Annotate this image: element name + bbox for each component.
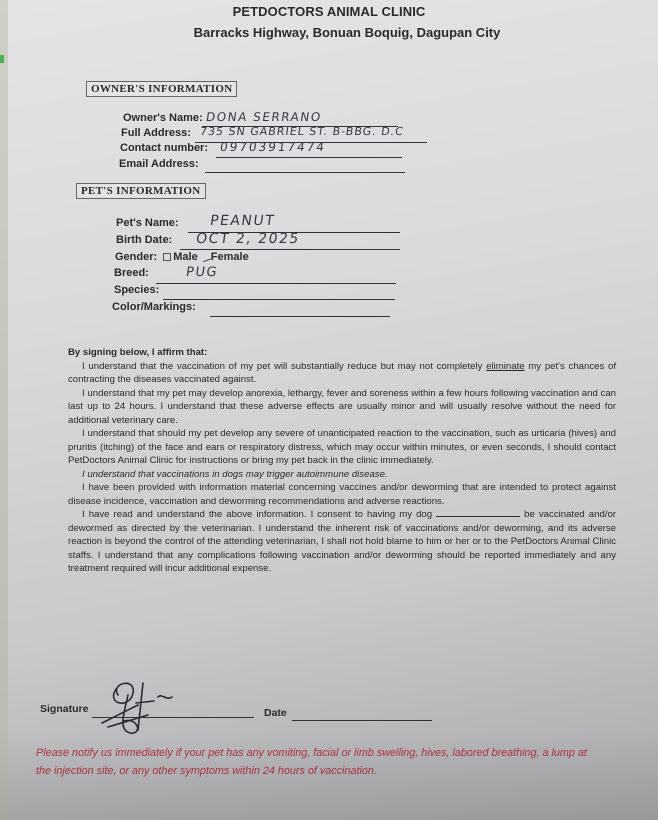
date-label: Date — [264, 707, 287, 719]
affirmation-p5: I have been provided with information ma… — [68, 481, 616, 508]
affirmation-text: By signing below, I affirm that: I under… — [68, 346, 616, 576]
color-markings-line[interactable] — [210, 316, 390, 317]
affirmation-lead: By signing below, I affirm that: — [68, 346, 616, 360]
male-checkbox[interactable] — [163, 253, 171, 261]
contact-number-line — [216, 157, 402, 158]
birth-date-label: Birth Date: — [116, 234, 172, 246]
female-checkbox-checked[interactable] — [201, 252, 211, 261]
email-address-line[interactable] — [205, 172, 405, 173]
gender-label: Gender: — [115, 251, 157, 263]
contact-number-label: Contact number: — [120, 142, 208, 154]
pet-section-title: PET'S INFORMATION — [76, 183, 206, 199]
full-address-label: Full Address: — [121, 127, 191, 139]
dog-name-blank[interactable] — [436, 508, 520, 517]
clinic-address: Barracks Highway, Bonuan Boquig, Dagupan… — [18, 25, 658, 40]
species-line[interactable] — [163, 299, 395, 300]
edge-mark — [0, 55, 4, 63]
emphasis-eliminate: eliminate — [486, 361, 524, 372]
gender-field: Gender: Male Female — [115, 251, 249, 263]
contact-number-value[interactable]: 09703917474 — [219, 140, 327, 154]
affirmation-p6: I have read and understand the above inf… — [68, 508, 616, 576]
pet-name-value[interactable]: PEANUT — [209, 213, 276, 229]
species-label: Species: — [114, 284, 159, 296]
clinic-name: PETDOCTORS ANIMAL CLINIC — [0, 4, 658, 19]
breed-line — [156, 283, 396, 284]
birth-date-value[interactable]: OCT 2, 2025 — [195, 231, 301, 247]
owner-name-label: Owner's Name: — [123, 112, 203, 124]
affirmation-p2: I understand that my pet may develop ano… — [68, 387, 616, 428]
signature-label: Signature — [40, 703, 88, 715]
color-markings-label: Color/Markings: — [112, 301, 196, 313]
affirmation-p4: I understand that vaccinations in dogs m… — [68, 468, 616, 482]
owner-section-title: OWNER'S INFORMATION — [86, 81, 237, 97]
birth-date-line — [180, 249, 400, 250]
female-option-label: Female — [211, 251, 249, 263]
breed-value[interactable]: PUG — [185, 265, 219, 280]
page-shadow — [0, 730, 658, 820]
pet-name-label: Pet's Name: — [116, 217, 179, 229]
affirmation-p1: I understand that the vaccination of my … — [68, 360, 616, 387]
owner-name-value[interactable]: DONA SERRANO — [205, 110, 323, 124]
email-address-label: Email Address: — [119, 158, 199, 170]
page-edge — [0, 0, 8, 820]
male-option-label: Male — [173, 251, 197, 263]
date-line[interactable] — [292, 720, 432, 721]
breed-label: Breed: — [114, 267, 149, 279]
affirmation-p3: I understand that should my pet develop … — [68, 427, 616, 468]
full-address-value[interactable]: 735 SN GABRIEL ST. B-BBG. D.C — [199, 125, 405, 138]
